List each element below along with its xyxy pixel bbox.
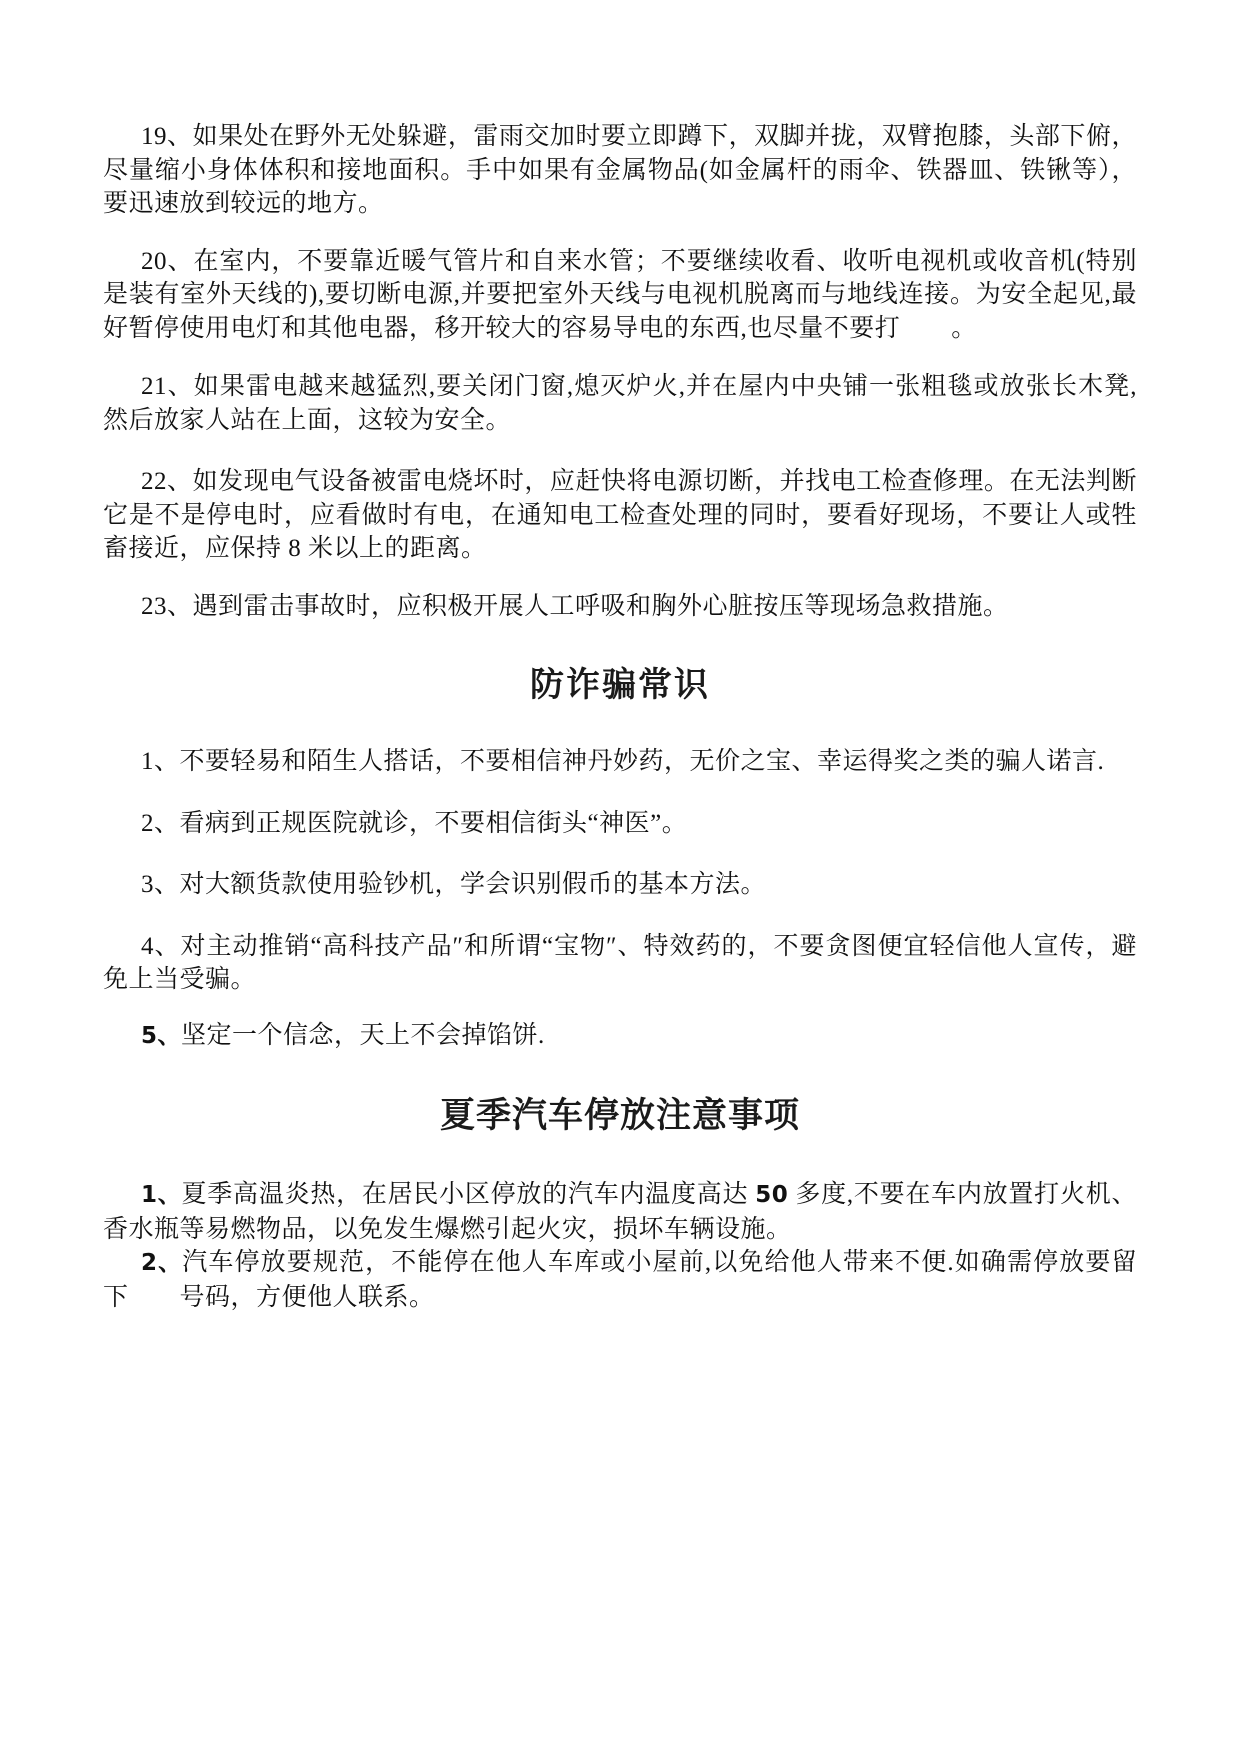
item-number: 23、 (141, 593, 193, 620)
storm-item-21: 21、如果雷电越来越猛烈,要关闭门窗,熄灭炉火,并在屋内中央铺一张粗毯或放张长木… (103, 370, 1137, 437)
item-text: 夏季高温炎热，在居民小区停放的汽车内温度高达 (182, 1181, 756, 1208)
item-text: 如果处在野外无处躲避，雷雨交加时要立即蹲下，双脚并拢，双臂抱膝，头部下俯，尽量缩… (103, 123, 1137, 217)
storm-item-19: 19、如果处在野外无处躲避，雷雨交加时要立即蹲下，双脚并拢，双臂抱膝，头部下俯，… (103, 120, 1137, 221)
car-item-2: 2、汽车停放要规范，不能停在他人车库或小屋前,以免给他人带来不便.如确需停放要留… (103, 1246, 1137, 1314)
item-number: 1、 (141, 1182, 182, 1208)
item-text: 看病到正规医院就诊，不要相信街头“神医”。 (180, 810, 688, 837)
item-number: 19、 (141, 123, 193, 150)
item-text: 汽车停放要规范，不能停在他人车库或小屋前,以免给他人带来不便.如确需停放要留下 … (103, 1249, 1137, 1311)
item-number: 2、 (141, 810, 180, 837)
item-number: 1、 (141, 748, 180, 775)
item-text: 如发现电气设备被雷电烧坏时，应赶快将电源切断，并找电工检查修理。在无法判断它是不… (103, 468, 1137, 562)
item-text: 遇到雷击事故时，应积极开展人工呼吸和胸外心脏按压等现场急救措施。 (193, 593, 1009, 620)
fraud-item-1: 1、不要轻易和陌生人搭话，不要相信神丹妙药，无价之宝、幸运得奖之类的骗人诺言. (103, 745, 1137, 779)
car-section-heading: 夏季汽车停放注意事项 (103, 1093, 1137, 1139)
item-number: 5、 (141, 1023, 181, 1049)
item-text: 在室内，不要靠近暖气管片和自来水管；不要继续收看、收听电视机或收音机(特别是装有… (103, 248, 1137, 342)
storm-item-22: 22、如发现电气设备被雷电烧坏时，应赶快将电源切断，并找电工检查修理。在无法判断… (103, 465, 1137, 566)
item-number: 20、 (141, 248, 193, 275)
temperature-value: 50 (755, 1182, 788, 1208)
item-number: 2、 (141, 1250, 182, 1276)
car-item-1: 1、夏季高温炎热，在居民小区停放的汽车内温度高达 50 多度,不要在车内放置打火… (103, 1178, 1137, 1246)
item-text: 如果雷电越来越猛烈,要关闭门窗,熄灭炉火,并在屋内中央铺一张粗毯或放张长木凳,然… (103, 373, 1137, 434)
fraud-item-4: 4、对主动推销“高科技产品″和所谓“宝物″、特效药的，不要贪图便宜轻信他人宣传，… (103, 930, 1137, 997)
document-page: 19、如果处在野外无处躲避，雷雨交加时要立即蹲下，双脚并拢，双臂抱膝，头部下俯，… (0, 0, 1241, 1754)
fraud-item-5: 5、坚定一个信念，天上不会掉馅饼. (103, 1019, 1137, 1054)
fraud-item-2: 2、看病到正规医院就诊，不要相信街头“神医”。 (103, 807, 1137, 841)
item-text: 坚定一个信念，天上不会掉馅饼. (181, 1022, 545, 1049)
storm-item-20: 20、在室内，不要靠近暖气管片和自来水管；不要继续收看、收听电视机或收音机(特别… (103, 245, 1137, 346)
item-text: 对主动推销“高科技产品″和所谓“宝物″、特效药的，不要贪图便宜轻信他人宣传，避免… (103, 933, 1137, 994)
item-number: 3、 (141, 871, 180, 898)
item-text: 不要轻易和陌生人搭话，不要相信神丹妙药，无价之宝、幸运得奖之类的骗人诺言. (180, 748, 1105, 775)
item-number: 22、 (141, 468, 193, 495)
item-text: 对大额货款使用验钞机，学会识别假币的基本方法。 (180, 871, 767, 898)
item-number: 21、 (141, 373, 194, 400)
item-number: 4、 (141, 933, 181, 960)
storm-item-23: 23、遇到雷击事故时，应积极开展人工呼吸和胸外心脏按压等现场急救措施。 (103, 590, 1137, 624)
fraud-section-heading: 防诈骗常识 (103, 663, 1137, 707)
fraud-item-3: 3、对大额货款使用验钞机，学会识别假币的基本方法。 (103, 868, 1137, 902)
